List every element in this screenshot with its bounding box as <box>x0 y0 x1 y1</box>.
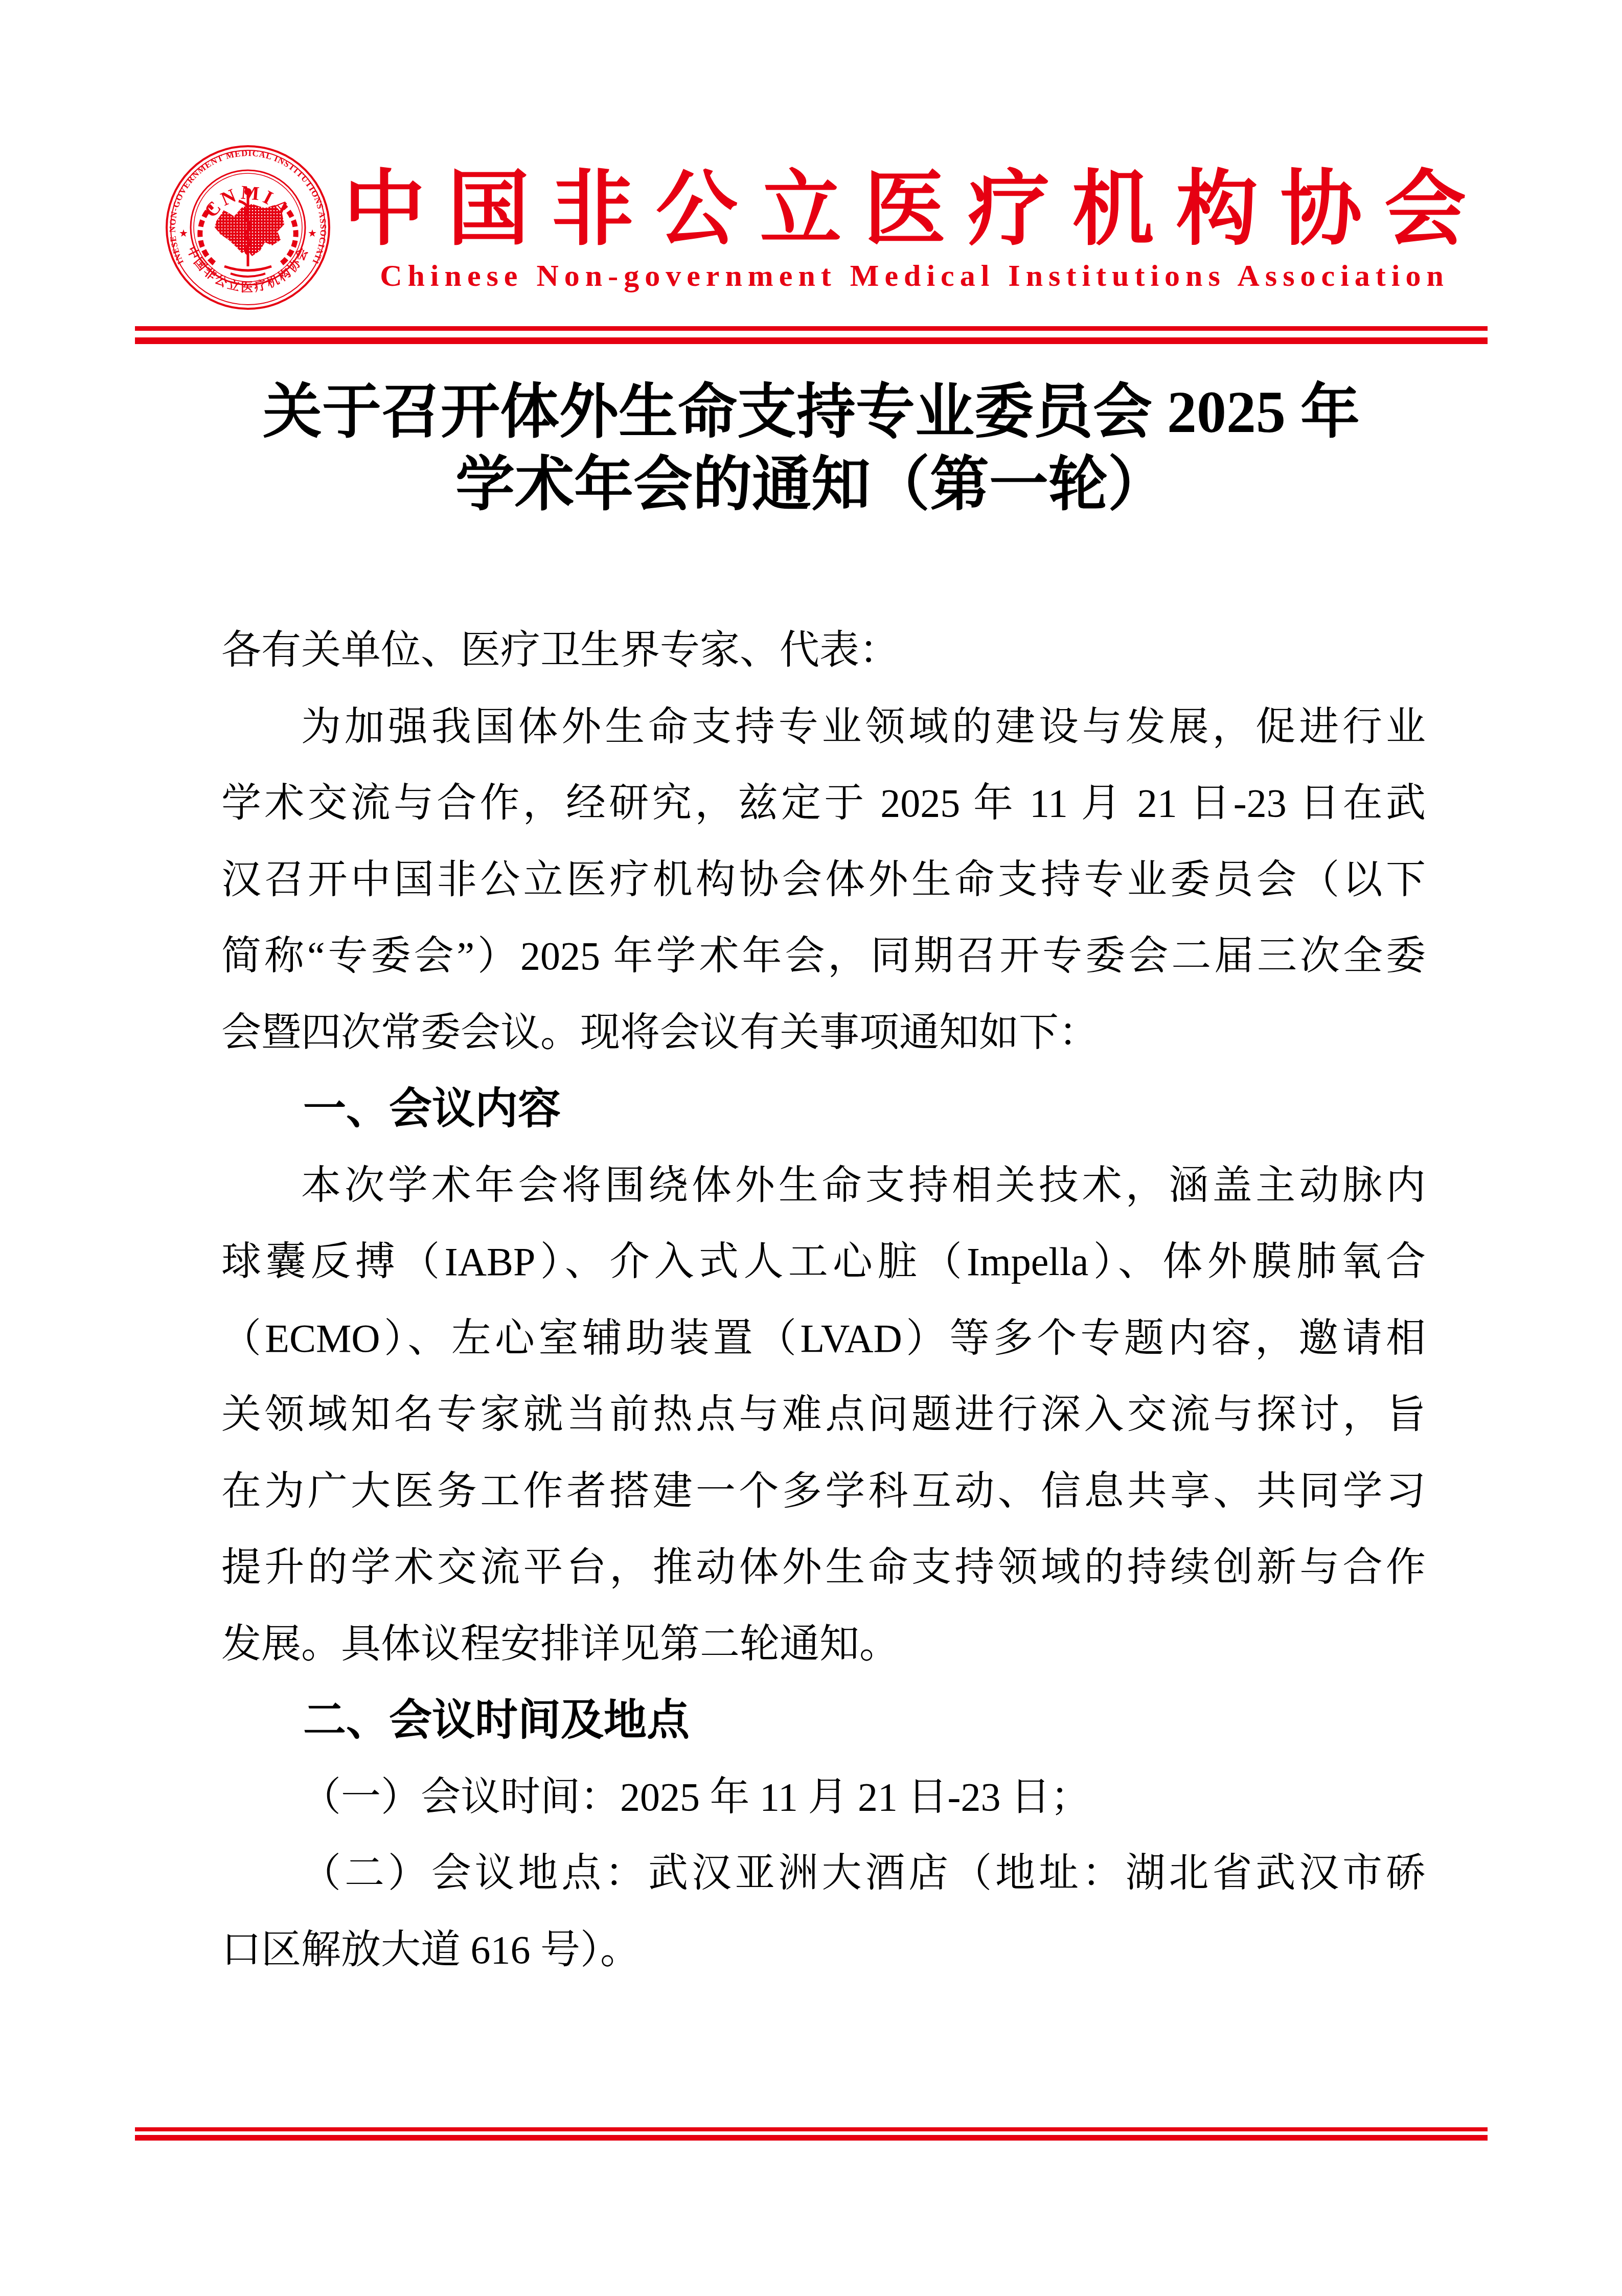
body-line: 发展。具体议程安排详见第二轮通知。 <box>221 1606 1426 1683</box>
notice-title-line-1: 关于召开体外生命支持专业委员会 2025 年 <box>135 376 1488 449</box>
body-line: 关领域知名专家就当前热点与难点问题进行深入交流与探讨，旨 <box>221 1376 1426 1453</box>
footer-rule-thin <box>135 2127 1488 2131</box>
notice-title-line-2: 学术年会的通知（第一轮） <box>135 449 1488 521</box>
body-line: 提升的学术交流平台，推动体外生命支持领域的持续创新与合作 <box>221 1529 1426 1606</box>
org-name-english: Chinese Non-government Medical Instituti… <box>339 259 1490 292</box>
footer-rule-thick <box>135 2135 1488 2141</box>
seal-star-right-icon: ★ <box>308 228 317 239</box>
body-line: 本次学术年会将围绕体外生命支持相关技术，涵盖主动脉内 <box>221 1147 1426 1224</box>
document-page: { "page": { "background": "#ffffff", "ac… <box>0 0 1622 2296</box>
notice-title: 关于召开体外生命支持专业委员会 2025 年 学术年会的通知（第一轮） <box>135 376 1488 521</box>
notice-body: 各有关单位、医疗卫生界专家、代表： 为加强我国体外生命支持专业领域的建设与发展，… <box>221 612 1426 1988</box>
section-heading-time-location: 二、会议时间及地点 <box>221 1682 1426 1759</box>
body-line: 球囊反搏（IABP）、介入式人工心脏（Impella）、体外膜肺氧合 <box>221 1223 1426 1300</box>
body-line: 会暨四次常委会议。现将会议有关事项通知如下： <box>221 994 1426 1071</box>
seal-logo-graphic: CHINESE NON-GOVERNMENT MEDICAL INSTITUTI… <box>165 145 331 310</box>
body-line: 简称“专委会”）2025 年学术年会，同期召开专委会二届三次全委 <box>221 918 1426 994</box>
meeting-location-line-2: 口区解放大道 616 号）。 <box>221 1912 1426 1988</box>
seal-star-left-icon: ★ <box>179 228 188 239</box>
section-heading-meeting-content: 一、会议内容 <box>221 1071 1426 1147</box>
meeting-location-line: （二）会议地点：武汉亚洲大酒店（地址：湖北省武汉市硚 <box>221 1835 1426 1912</box>
body-line: 在为广大医务工作者搭建一个多学科互动、信息共享、共同学习 <box>221 1453 1426 1530</box>
body-line: 学术交流与合作，经研究，兹定于 2025 年 11 月 21 日-23 日在武 <box>221 765 1426 842</box>
meeting-time-line: （一）会议时间：2025 年 11 月 21 日-23 日； <box>221 1759 1426 1835</box>
body-line: （ECMO）、左心室辅助装置（LVAD）等多个专题内容，邀请相 <box>221 1300 1426 1377</box>
header-rule-thin <box>135 326 1488 331</box>
salutation-line: 各有关单位、医疗卫生界专家、代表： <box>221 612 1426 689</box>
body-line: 汉召开中国非公立医疗机构协会体外生命支持专业委员会（以下 <box>221 842 1426 918</box>
org-name-chinese: 中国非公立医疗机构协会 <box>344 167 1486 253</box>
header-rule-thick <box>135 337 1488 344</box>
book-banner-icon <box>224 266 271 277</box>
body-line: 为加强我国体外生命支持专业领域的建设与发展，促进行业 <box>221 689 1426 765</box>
association-seal-logo: CHINESE NON-GOVERNMENT MEDICAL INSTITUTI… <box>165 145 331 310</box>
